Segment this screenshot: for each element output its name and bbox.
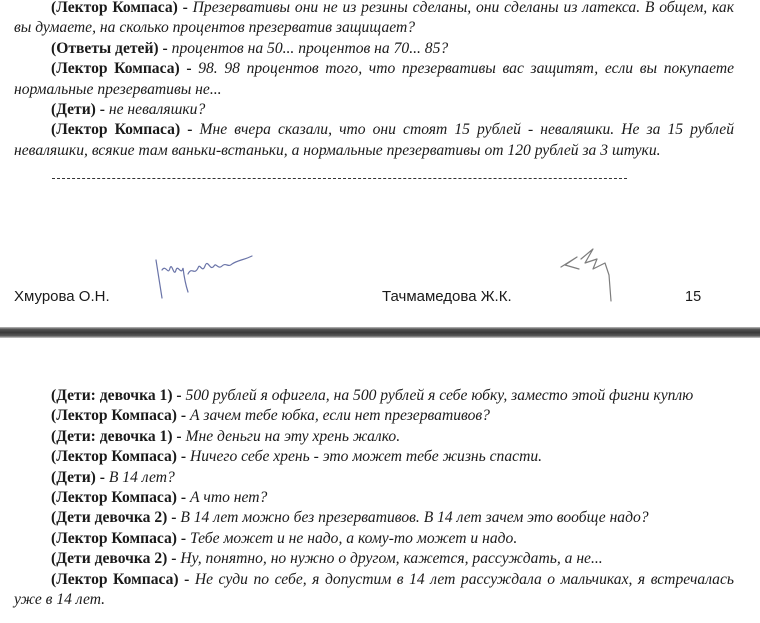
speaker-label: (Лектор Компаса) <box>51 530 177 547</box>
transcript-text-page-16: (Дети: девочка 1) - 500 рублей я офигела… <box>14 386 734 610</box>
utterance-text: процентов на 50... процентов на 70... 85… <box>172 40 449 57</box>
document-page-16: (Дети: девочка 1) - 500 рублей я офигела… <box>0 340 760 623</box>
transcript-paragraph: (Лектор Компаса) - Не суди по себе, я до… <box>14 570 734 611</box>
utterance-text: В 14 лет можно без презервативов. В 14 л… <box>180 509 648 526</box>
footer-author-right: Тачмамедова Ж.К. <box>382 288 512 305</box>
page-number: 15 <box>685 289 701 305</box>
utterance-text: не неваляшки? <box>109 101 205 118</box>
speaker-label: (Дети) <box>51 469 96 486</box>
speaker-label: (Лектор Компаса) <box>51 571 179 588</box>
transcript-paragraph: (Лектор Компаса) - Тебе может и не надо,… <box>14 529 734 549</box>
speaker-label: (Дети девочка 2) <box>51 509 167 526</box>
transcript-paragraph: (Дети) - В 14 лет? <box>14 468 734 488</box>
speaker-label: (Лектор Компаса) <box>51 0 178 16</box>
transcript-paragraph: (Дети: девочка 1) - Мне деньги на эту хр… <box>14 427 734 447</box>
utterance-text: Тебе может и не надо, а кому-то может и … <box>190 530 517 547</box>
transcript-paragraph: (Дети девочка 2) - В 14 лет можно без пр… <box>14 508 734 528</box>
dashed-separator <box>52 178 627 179</box>
signature-tachmamedova <box>555 245 635 307</box>
speaker-label: (Лектор Компаса) <box>51 60 180 77</box>
speaker-label: (Дети: девочка 1) <box>51 428 173 445</box>
speaker-label: (Лектор Компаса) <box>51 448 177 465</box>
transcript-paragraph: (Дети: девочка 1) - 500 рублей я офигела… <box>14 386 734 406</box>
speaker-label: (Лектор Компаса) <box>51 407 177 424</box>
speaker-label: (Лектор Компаса) <box>51 489 177 506</box>
speaker-label: (Лектор Компаса) <box>51 121 180 138</box>
signature-khmurova <box>148 246 258 304</box>
utterance-text: А что нет? <box>190 489 267 506</box>
transcript-paragraph: (Дети девочка 2) - Ну, понятно, но нужно… <box>14 549 734 569</box>
utterance-text: Ну, понятно, но нужно о другом, кажется,… <box>180 550 602 567</box>
speaker-label: (Дети девочка 2) <box>51 550 167 567</box>
transcript-text-page-15: (Лектор Компаса) - Презервативы они не и… <box>14 0 734 161</box>
utterance-text: Ничего себе хрень - это может тебе жизнь… <box>190 448 542 465</box>
speaker-label: (Дети: девочка 1) <box>51 387 173 404</box>
footer-author-left: Хмурова О.Н. <box>14 288 110 305</box>
speaker-label: (Дети) <box>51 101 96 118</box>
utterance-text: В 14 лет? <box>109 469 175 486</box>
transcript-paragraph: (Лектор Компаса) - А что нет? <box>14 488 734 508</box>
utterance-text: 500 рублей я офигела, на 500 рублей я се… <box>186 387 694 404</box>
utterance-text: Мне деньги на эту хрень жалко. <box>186 428 401 445</box>
document-page-15: (Лектор Компаса) - Презервативы они не и… <box>0 0 760 332</box>
transcript-paragraph: (Дети) - не неваляшки? <box>14 100 734 120</box>
transcript-paragraph: (Ответы детей) - процентов на 50... проц… <box>14 39 734 59</box>
transcript-paragraph: (Лектор Компаса) - Презервативы они не и… <box>14 0 734 39</box>
page-break-divider <box>0 327 760 338</box>
transcript-paragraph: (Лектор Компаса) - А зачем тебе юбка, ес… <box>14 406 734 426</box>
transcript-paragraph: (Лектор Компаса) - Мне вчера сказали, чт… <box>14 120 734 161</box>
utterance-text: А зачем тебе юбка, если нет презервативо… <box>190 407 490 424</box>
transcript-paragraph: (Лектор Компаса) - Ничего себе хрень - э… <box>14 447 734 467</box>
transcript-paragraph: (Лектор Компаса) - 98. 98 процентов того… <box>14 59 734 100</box>
speaker-label: (Ответы детей) <box>51 40 159 57</box>
